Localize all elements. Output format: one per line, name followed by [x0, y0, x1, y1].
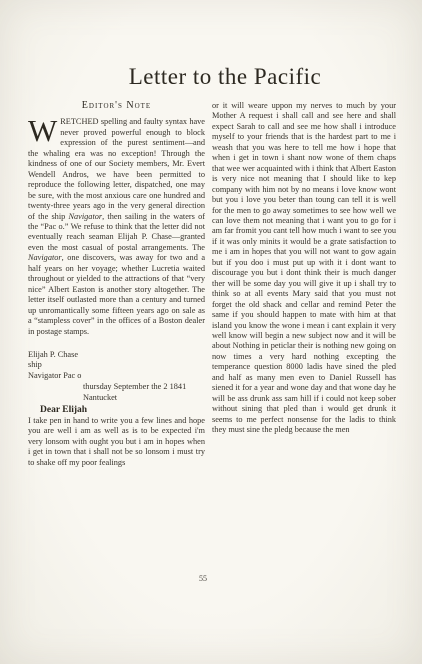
editor-note-paragraph: WRETCHED spelling and faulty syntax have…	[28, 117, 205, 337]
page-title: Letter to the Pacific	[14, 64, 422, 90]
letter-left-paragraph: I take pen in hand to write you a few li…	[28, 416, 205, 468]
editor-note-heading: Editor's Note	[28, 101, 205, 111]
address-line-ship: ship	[28, 360, 205, 370]
right-column: or it will weare uppon my nerves to much…	[212, 101, 396, 468]
left-column: Editor's Note WRETCHED spelling and faul…	[28, 101, 205, 468]
address-line-name: Elijah P. Chase	[28, 350, 205, 360]
ship-name-italic: Navigator	[28, 253, 62, 262]
ship-name-italic: Navigator	[68, 212, 102, 221]
page-number: 55	[0, 574, 414, 583]
drop-cap: W	[28, 117, 60, 144]
address-block: Elijah P. Chase ship Navigator Pac o	[28, 350, 205, 381]
dateline-block: thursday September the 2 1841 Nantucket	[83, 382, 205, 403]
editor-note-text: , one discovers, was away for two and a …	[28, 253, 205, 335]
dateline-date: thursday September the 2 1841	[83, 382, 205, 392]
address-line-vessel: Navigator Pac o	[28, 371, 205, 381]
dateline-place: Nantucket	[83, 393, 205, 403]
two-column-text: Editor's Note WRETCHED spelling and faul…	[28, 101, 396, 468]
letter-right-paragraph: or it will weare uppon my nerves to much…	[212, 101, 396, 436]
scanned-book-page: Letter to the Pacific Editor's Note WRET…	[0, 0, 422, 664]
salutation: Dear Elijah	[40, 405, 205, 415]
